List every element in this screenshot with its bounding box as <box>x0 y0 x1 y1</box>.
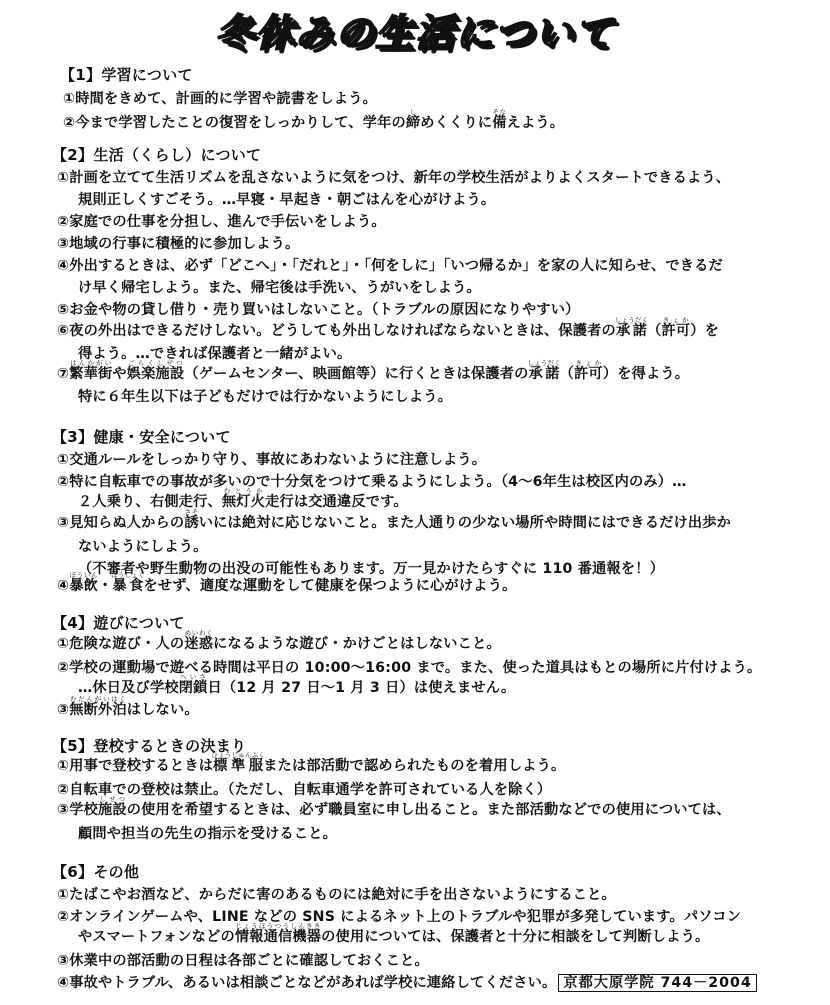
section-6-item-4: ④事故やトラブル、あるいは相談ごとなどがあれば学校に連絡してください。京都大原学… <box>57 972 757 992</box>
section-3-item-3-cont: ないようにしよう。 <box>78 536 208 556</box>
section-4-item-2-cont: …休日及び学校閉鎖へいさ日（12 月 27 日～1 月 3 日）は使えません。 <box>78 673 515 697</box>
section-3-item-3: ③見知らぬ人からの誘さそいには絶対に応じないこと。また人通りの少ない場所や時間に… <box>57 508 731 532</box>
section-3-item-4: ④暴飲ぼういん・暴食ぼうしょくをせず、適度な運動をして健康を保つように心がけよう… <box>57 571 517 595</box>
section-4-item-3: ③無断外泊むだんがいはくはしない。 <box>57 695 199 719</box>
section-5-item-3-cont: 顧問や担当の先生の指示を受けること。 <box>78 823 337 843</box>
section-4-item-1: ①危険な遊び・人の迷惑めいわくになるような遊び・かけごとはしないこと。 <box>57 629 501 653</box>
section-2-item-7-cont: 特に６年生以下は子どもだけでは行かないようにしよう。 <box>78 386 452 406</box>
section-2-item-1: ①計画を立てて生活リズムを乱さないように気をつけ、新年の学校生活がよりよくスター… <box>57 167 730 187</box>
section-3-heading: 【3】健康・安全について <box>52 426 231 447</box>
section-6-item-2-cont: やスマートフォンなどの情報通信機器じょうほうつうしんききの使用については、保護者… <box>78 922 709 946</box>
section-2-item-2: ②家庭での仕事を分担し、進んで手伝いをしよう。 <box>57 211 386 231</box>
section-6-item-3: ③休業中の部活動の日程は各部ごとに確認しておくこと。 <box>57 950 429 970</box>
section-6-heading: 【6】その他 <box>52 861 139 882</box>
school-contact-box: 京都大原学院 744－2004 <box>558 974 756 992</box>
section-2-item-3: ③地域の行事に積極的に参加しよう。 <box>57 233 299 253</box>
section-2-item-6: ⑥夜の外出はできるだけしない。どうしても外出しなければならないときは、保護者の承… <box>57 316 719 340</box>
section-2-item-4: ④外出するときは、必ず「どこへ」・「だれと」・「何をしに」「いつ帰るか」を家の人… <box>57 255 723 275</box>
page-title: 冬休みの生活について <box>0 2 830 57</box>
section-1-item-2: ②今まで学習したことの復習をしっかりして、学年の締しめくくりに備そなえよう。 <box>63 108 564 132</box>
section-2-item-1-cont: 規則正しくすごそう。…早寝・早起き・朝ごはんを心がけよう。 <box>78 189 495 209</box>
section-5-item-3: ③学校施設しせつの使用を希望するときは、必ず職員室に申し出ること。また部活動など… <box>57 795 731 819</box>
section-1-item-1: ①時間をきめて、計画的に学習や読書をしよう。 <box>63 88 377 108</box>
section-5-item-1: ①用事で登校するときは標準服ひょうじゅんふくまたは部活動で認められたものを着用し… <box>57 751 565 775</box>
section-6-item-1: ①たばこやお酒など、からだに害のあるものには絶対に手を出さないようにすること。 <box>57 884 616 904</box>
section-2-item-4-cont: け早く帰宅しよう。また、帰宅後は手洗い、うがいをしよう。 <box>78 277 481 297</box>
section-1-heading: 【1】学習について <box>60 64 193 85</box>
section-3-item-1: ①交通ルールをしっかり守り、事故にあわないように注意しよう。 <box>57 449 486 469</box>
section-2-heading: 【2】生活（くらし）について <box>52 144 261 165</box>
section-2-item-7: ⑦繁華街はんかがいや娯楽施設ごらくしせつ（ゲームセンター、映画館等）に行くときは… <box>57 359 689 383</box>
